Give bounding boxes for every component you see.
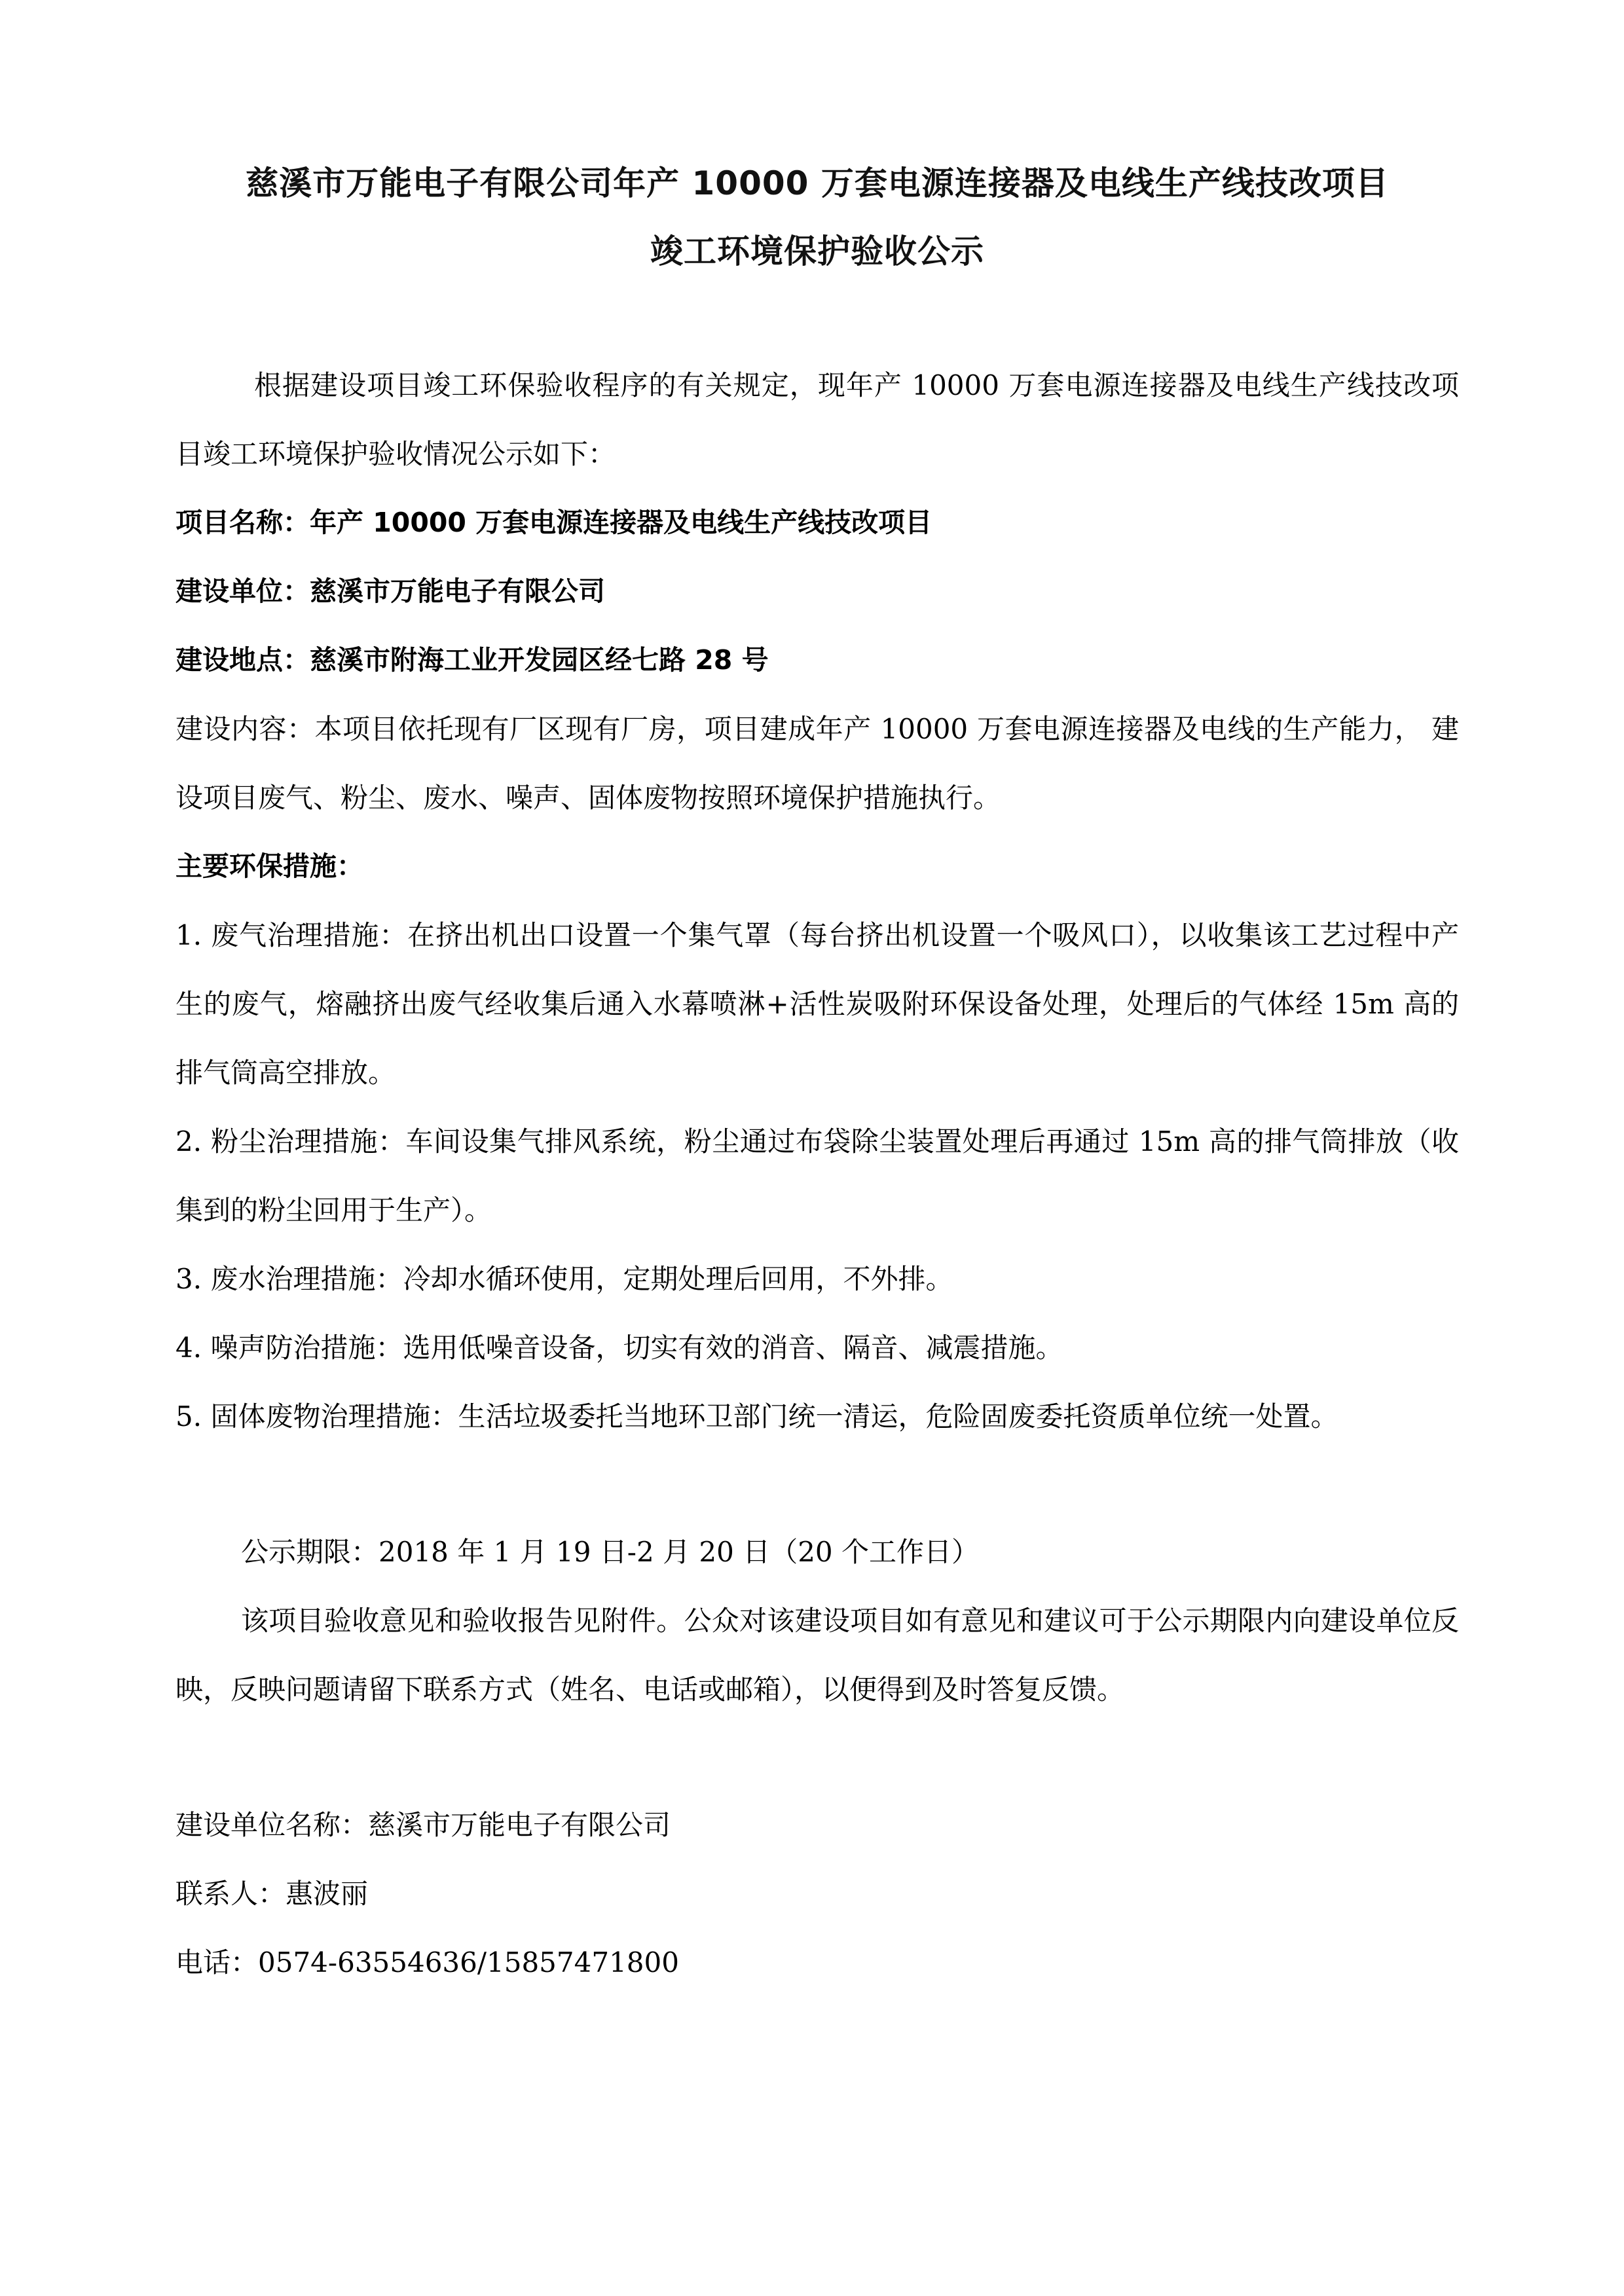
- location-row: 建设地点：慈溪市附海工业开发园区经七路 28 号: [175, 626, 1459, 695]
- project-name-label: 项目名称：: [175, 507, 310, 538]
- measure-number: 4.: [175, 1332, 202, 1364]
- builder-row: 建设单位：慈溪市万能电子有限公司: [175, 557, 1459, 626]
- measure-text: 废气治理措施：在挤出机出口设置一个集气罩（每台挤出机设置一个吸风口），以收集该工…: [175, 919, 1459, 1089]
- contact-person-label: 联系人：: [175, 1878, 286, 1910]
- document-title: 慈溪市万能电子有限公司年产 10000 万套电源连接器及电线生产线技改项目 竣工…: [175, 0, 1459, 285]
- measure-number: 5.: [175, 1400, 202, 1432]
- section-spacer: [175, 1451, 1459, 1518]
- section-spacer: [175, 1724, 1459, 1791]
- title-line-1: 慈溪市万能电子有限公司年产 10000 万套电源连接器及电线生产线技改项目: [175, 149, 1459, 217]
- title-line-2: 竣工环境保护验收公示: [175, 217, 1459, 285]
- measure-number: 1.: [175, 919, 202, 951]
- project-name-value: 年产 10000 万套电源连接器及电线生产线技改项目: [310, 507, 932, 538]
- measures-heading: 主要环保措施：: [175, 832, 1459, 901]
- contact-phone-value: 0574-63554636/15857471800: [258, 1946, 679, 1978]
- feedback-paragraph: 该项目验收意见和验收报告见附件。公众对该建设项目如有意见和建议可于公示期限内向建…: [175, 1586, 1459, 1724]
- content-row: 建设内容：本项目依托现有厂区现有厂房，项目建成年产 10000 万套电源连接器及…: [175, 695, 1459, 832]
- measure-item-4: 4. 噪声防治措施：选用低噪音设备，切实有效的消音、隔音、减震措施。: [175, 1313, 1459, 1382]
- measure-text: 废水治理措施：冷却水循环使用，定期处理后回用，不外排。: [210, 1263, 953, 1295]
- intro-paragraph: 根据建设项目竣工环保验收程序的有关规定，现年产 10000 万套电源连接器及电线…: [175, 351, 1459, 488]
- content-label: 建设内容：: [175, 713, 315, 745]
- builder-label: 建设单位：: [175, 575, 310, 607]
- measure-text: 噪声防治措施：选用低噪音设备，切实有效的消音、隔音、减震措施。: [210, 1332, 1063, 1364]
- measure-number: 3.: [175, 1263, 202, 1295]
- document-page: 慈溪市万能电子有限公司年产 10000 万套电源连接器及电线生产线技改项目 竣工…: [175, 0, 1459, 1997]
- measure-item-1: 1. 废气治理措施：在挤出机出口设置一个集气罩（每台挤出机设置一个吸风口），以收…: [175, 901, 1459, 1107]
- location-label: 建设地点：: [175, 644, 310, 676]
- measure-item-3: 3. 废水治理措施：冷却水循环使用，定期处理后回用，不外排。: [175, 1245, 1459, 1313]
- contact-person-value: 惠波丽: [286, 1878, 368, 1910]
- contact-unit-label: 建设单位名称：: [175, 1809, 368, 1841]
- project-name-row: 项目名称：年产 10000 万套电源连接器及电线生产线技改项目: [175, 488, 1459, 557]
- contact-phone-row: 电话：0574-63554636/15857471800: [175, 1928, 1459, 1997]
- contact-unit-row: 建设单位名称：慈溪市万能电子有限公司: [175, 1791, 1459, 1859]
- measure-text: 粉尘治理措施：车间设集气排风系统，粉尘通过布袋除尘装置处理后再通过 15m 高的…: [175, 1125, 1459, 1226]
- contact-phone-label: 电话：: [175, 1946, 258, 1978]
- measure-text: 固体废物治理措施：生活垃圾委托当地环卫部门统一清运，危险固废委托资质单位统一处置…: [210, 1400, 1338, 1432]
- contact-unit-value: 慈溪市万能电子有限公司: [368, 1809, 671, 1841]
- measure-item-5: 5. 固体废物治理措施：生活垃圾委托当地环卫部门统一清运，危险固废委托资质单位统…: [175, 1382, 1459, 1451]
- builder-value: 慈溪市万能电子有限公司: [310, 575, 605, 607]
- location-value: 慈溪市附海工业开发园区经七路 28 号: [310, 644, 769, 676]
- measure-item-2: 2. 粉尘治理措施：车间设集气排风系统，粉尘通过布袋除尘装置处理后再通过 15m…: [175, 1107, 1459, 1245]
- contact-person-row: 联系人：惠波丽: [175, 1859, 1459, 1928]
- content-value: 本项目依托现有厂区现有厂房，项目建成年产 10000 万套电源连接器及电线的生产…: [175, 713, 1459, 814]
- notice-period: 公示期限：2018 年 1 月 19 日-2 月 20 日（20 个工作日）: [175, 1518, 1459, 1586]
- measure-number: 2.: [175, 1125, 202, 1157]
